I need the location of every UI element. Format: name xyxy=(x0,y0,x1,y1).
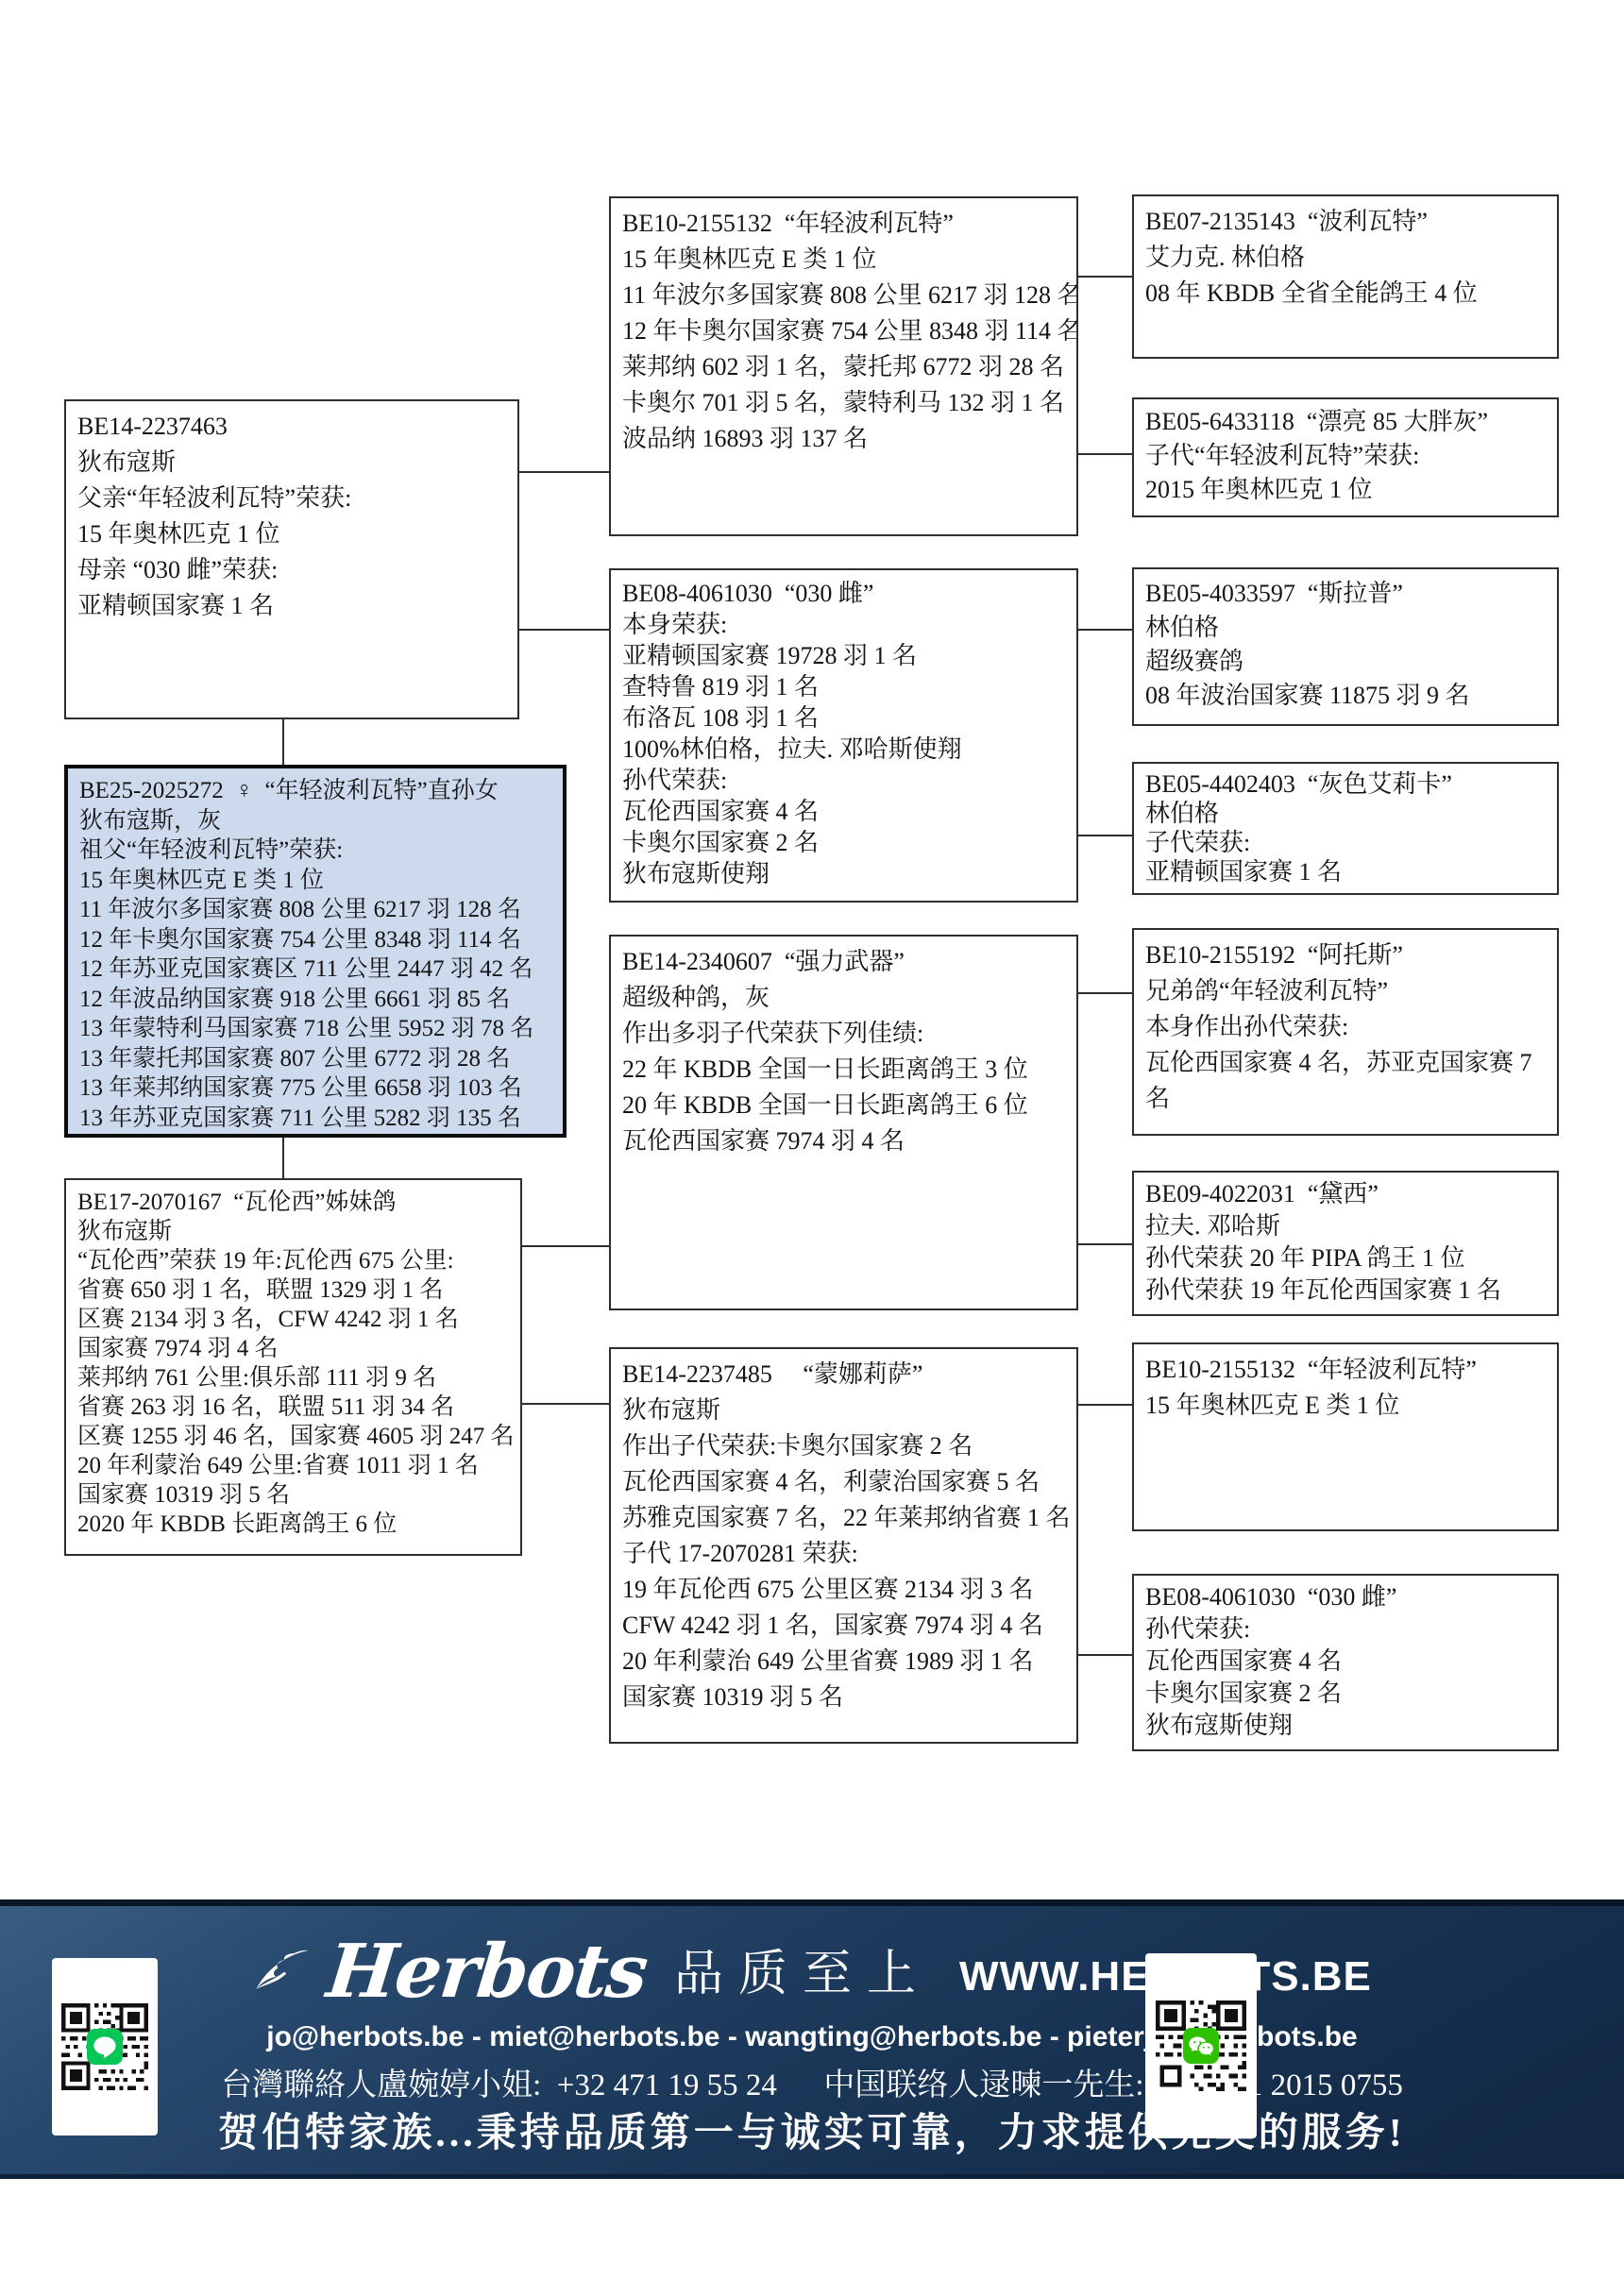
text-line: 13 年蒙托邦国家赛 807 公里 6772 羽 28 名 xyxy=(79,1044,551,1074)
text-line: 11 年波尔多国家赛 808 公里 6217 羽 128 名 xyxy=(622,278,1065,313)
text-line: 布洛瓦 108 羽 1 名 xyxy=(622,702,1065,734)
connector-mgm-to-ggp8 xyxy=(1078,1654,1132,1656)
text-line: 莱邦纳 602 羽 1 名，蒙托邦 6772 羽 28 名 xyxy=(622,349,1065,385)
connector-pgm-to-ggp4 xyxy=(1078,835,1132,836)
text-line: 15 年奥林匹克 E 类 1 位 xyxy=(79,866,551,896)
text-line: BE08-4061030 “030 雌” xyxy=(1145,1581,1546,1613)
pedigree-box-great-grandparent-3: BE05-4033597 “斯拉普”林伯格超级赛鸽08 年波治国家赛 11875… xyxy=(1132,567,1559,726)
text-line: 本身作出孙代荣获: xyxy=(1145,1009,1546,1045)
text-line: 祖父“年轻波利瓦特”荣获: xyxy=(79,836,551,866)
text-line: 作出子代荣获:卡奥尔国家赛 2 名 xyxy=(622,1428,1065,1464)
text-line: 瓦伦西国家赛 4 名，苏亚克国家赛 7 xyxy=(1145,1045,1546,1081)
text-line: 12 年波品纳国家赛 918 公里 6661 羽 85 名 xyxy=(79,985,551,1015)
wechat-qr-code xyxy=(1145,1953,1257,2138)
text-line: BE17-2070167 “瓦伦西”姊妹鸽 xyxy=(77,1188,509,1217)
text-line: 孙代荣获 19 年瓦伦西国家赛 1 名 xyxy=(1145,1275,1546,1307)
text-line: 子代荣获: xyxy=(1145,828,1546,857)
text-line: 卡奥尔国家赛 2 名 xyxy=(1145,1678,1546,1710)
text-line: BE10-2155192 “阿托斯” xyxy=(1145,937,1546,973)
text-line: 母亲 “030 雌”荣获: xyxy=(77,552,506,588)
text-line: 超级赛鸽 xyxy=(1145,645,1546,679)
text-line: “瓦伦西”荣获 19 年:瓦伦西 675 公里: xyxy=(77,1246,509,1275)
text-line: 名 xyxy=(1145,1081,1546,1117)
text-line: BE08-4061030 “030 雌” xyxy=(622,578,1065,609)
pedigree-box-maternal-grandmother: BE14-2237485 “蒙娜莉萨”狄布寇斯作出子代荣获:卡奥尔国家赛 2 名… xyxy=(609,1347,1078,1744)
text-line: 波品纳 16893 羽 137 名 xyxy=(622,421,1065,457)
text-line: 12 年卡奥尔国家赛 754 公里 8348 羽 114 名 xyxy=(622,313,1065,349)
connector-mgm-to-ggp7 xyxy=(1078,1404,1132,1406)
text-line: 国家赛 10319 羽 5 名 xyxy=(622,1680,1065,1715)
pedigree-box-great-grandparent-2: BE05-6433118 “漂亮 85 大胖灰”子代“年轻波利瓦特”荣获:201… xyxy=(1132,397,1559,517)
text-line: 亚精顿国家赛 19728 羽 1 名 xyxy=(622,640,1065,671)
brand-logo: Herbots xyxy=(324,1935,650,2009)
text-line: 林伯格 xyxy=(1145,611,1546,645)
text-line: 孙代荣获 20 年 PIPA 鸽王 1 位 xyxy=(1145,1242,1546,1275)
text-line: 父亲“年轻波利瓦特”荣获: xyxy=(77,481,506,516)
pedigree-box-paternal-grandmother: BE08-4061030 “030 雌”本身荣获:亚精顿国家赛 19728 羽 … xyxy=(609,568,1078,903)
text-line: 狄布寇斯 xyxy=(622,1393,1065,1428)
connector-father-to-pgf xyxy=(519,471,609,473)
pedigree-box-great-grandparent-7: BE10-2155132 “年轻波利瓦特”15 年奥林匹克 E 类 1 位 xyxy=(1132,1342,1559,1531)
text-line: 12 年苏亚克国家赛区 711 公里 2447 羽 42 名 xyxy=(79,954,551,985)
text-line: 卡奥尔国家赛 2 名 xyxy=(622,827,1065,858)
text-line: BE14-2237485 “蒙娜莉萨” xyxy=(622,1357,1065,1393)
text-line: 狄布寇斯 xyxy=(77,445,506,481)
text-line: 13 年蒙特利马国家赛 718 公里 5952 羽 78 名 xyxy=(79,1014,551,1044)
text-line: 国家赛 10319 羽 5 名 xyxy=(77,1480,509,1510)
text-line: 莱邦纳 761 公里:俱乐部 111 羽 9 名 xyxy=(77,1363,509,1393)
pedigree-box-great-grandparent-6: BE09-4022031 “黛西”拉夫. 邓哈斯孙代荣获 20 年 PIPA 鸽… xyxy=(1132,1171,1559,1316)
text-line: CFW 4242 羽 1 名，国家赛 7974 羽 4 名 xyxy=(622,1608,1065,1644)
text-line: 亚精顿国家赛 1 名 xyxy=(1145,857,1546,886)
connector-mother-to-mgm xyxy=(522,1403,609,1405)
text-line: BE10-2155132 “年轻波利瓦特” xyxy=(1145,1352,1546,1388)
pedigree-box-great-grandparent-8: BE08-4061030 “030 雌”孙代荣获:瓦伦西国家赛 4 名卡奥尔国家… xyxy=(1132,1574,1559,1751)
pedigree-box-great-grandparent-4: BE05-4402403 “灰色艾莉卡”林伯格子代荣获:亚精顿国家赛 1 名 xyxy=(1132,762,1559,895)
text-line: 艾力克. 林伯格 xyxy=(1145,240,1546,276)
text-line: 林伯格 xyxy=(1145,799,1546,828)
connector-subject-to-mother xyxy=(282,1138,284,1178)
text-line: 瓦伦西国家赛 4 名 xyxy=(1145,1646,1546,1678)
text-line: 苏雅克国家赛 7 名，22 年莱邦纳省赛 1 名 xyxy=(622,1500,1065,1536)
text-line: 省赛 650 羽 1 名，联盟 1329 羽 1 名 xyxy=(77,1275,509,1305)
text-line: 19 年瓦伦西 675 公里区赛 2134 羽 3 名 xyxy=(622,1572,1065,1608)
text-line: BE25-2025272 ♀ “年轻波利瓦特”直孙女 xyxy=(79,776,551,806)
text-line: BE07-2135143 “波利瓦特” xyxy=(1145,204,1546,240)
pedigree-box-father: BE14-2237463狄布寇斯父亲“年轻波利瓦特”荣获:15 年奥林匹克 1 … xyxy=(64,399,519,719)
text-line: 11 年波尔多国家赛 808 公里 6217 羽 128 名 xyxy=(79,895,551,925)
text-line: BE09-4022031 “黛西” xyxy=(1145,1178,1546,1210)
footer-emails: jo@herbots.be - miet@herbots.be - wangti… xyxy=(0,2021,1624,2053)
connector-pgf-to-ggp2 xyxy=(1078,453,1132,455)
connector-pgf-to-ggp1 xyxy=(1078,276,1132,278)
text-line: BE14-2340607 “强力武器” xyxy=(622,944,1065,980)
text-line: 作出多羽子代荣获下列佳绩: xyxy=(622,1016,1065,1052)
wechat-icon xyxy=(1183,2028,1219,2064)
text-line: 20 年利蒙治 649 公里:省赛 1011 羽 1 名 xyxy=(77,1451,509,1480)
connector-mgf-to-ggp6 xyxy=(1078,1243,1132,1245)
connector-father-to-subject xyxy=(282,719,284,765)
brand-row: Herbots 品质至上 WWW.HERBOTS.BE xyxy=(0,1921,1624,2023)
connector-pgm-to-ggp3 xyxy=(1078,629,1132,631)
feather-icon xyxy=(249,1948,315,1997)
text-line: 本身荣获: xyxy=(622,609,1065,640)
text-line: 15 年奥林匹克 1 位 xyxy=(77,516,506,552)
text-line: 22 年 KBDB 全国一日长距离鸽王 3 位 xyxy=(622,1052,1065,1088)
text-line: 狄布寇斯 xyxy=(77,1217,509,1246)
text-line: 卡奥尔 701 羽 5 名，蒙特利马 132 羽 1 名 xyxy=(622,385,1065,421)
brand-tagline: 品质至上 xyxy=(674,1945,931,2000)
pedigree-box-subject: BE25-2025272 ♀ “年轻波利瓦特”直孙女狄布寇斯，灰祖父“年轻波利瓦… xyxy=(64,765,567,1138)
text-line: 12 年卡奥尔国家赛 754 公里 8348 羽 114 名 xyxy=(79,925,551,955)
connector-mgf-to-ggp5 xyxy=(1078,992,1132,994)
text-line: 狄布寇斯使翔 xyxy=(622,858,1065,889)
text-line: 15 年奥林匹克 E 类 1 位 xyxy=(622,242,1065,278)
text-line: 超级种鸽，灰 xyxy=(622,980,1065,1016)
text-line: 13 年苏亚克国家赛 711 公里 5282 羽 135 名 xyxy=(79,1104,551,1134)
text-line: BE10-2155132 “年轻波利瓦特” xyxy=(622,206,1065,242)
text-line: 拉夫. 邓哈斯 xyxy=(1145,1210,1546,1242)
pedigree-box-maternal-grandfather: BE14-2340607 “强力武器”超级种鸽，灰作出多羽子代荣获下列佳绩:22… xyxy=(609,935,1078,1310)
text-line: 区赛 1255 羽 46 名，国家赛 4605 羽 247 名 xyxy=(77,1422,509,1451)
text-line: 08 年 KBDB 全省全能鸽王 4 位 xyxy=(1145,276,1546,312)
text-line: BE05-4402403 “灰色艾莉卡” xyxy=(1145,769,1546,799)
text-line: 子代 17-2070281 荣获: xyxy=(622,1536,1065,1572)
text-line: BE14-2237463 xyxy=(77,409,506,445)
pedigree-box-paternal-grandfather: BE10-2155132 “年轻波利瓦特”15 年奥林匹克 E 类 1 位11 … xyxy=(609,196,1078,536)
text-line: 查特鲁 819 羽 1 名 xyxy=(622,671,1065,702)
text-line: 20 年 KBDB 全国一日长距离鸽王 6 位 xyxy=(622,1088,1065,1123)
text-line: 子代“年轻波利瓦特”荣获: xyxy=(1145,439,1546,473)
text-line: 2020 年 KBDB 长距离鸽王 6 位 xyxy=(77,1510,509,1539)
pedigree-box-great-grandparent-5: BE10-2155192 “阿托斯”兄弟鸽“年轻波利瓦特”本身作出孙代荣获:瓦伦… xyxy=(1132,928,1559,1136)
text-line: 狄布寇斯，灰 xyxy=(79,806,551,836)
text-line: 100%林伯格，拉夫. 邓哈斯使翔 xyxy=(622,734,1065,765)
text-line: 亚精顿国家赛 1 名 xyxy=(77,588,506,624)
pedigree-page: BE14-2237463狄布寇斯父亲“年轻波利瓦特”荣获:15 年奥林匹克 1 … xyxy=(0,0,1624,2296)
text-line: 狄布寇斯使翔 xyxy=(1145,1710,1546,1742)
pedigree-box-great-grandparent-1: BE07-2135143 “波利瓦特”艾力克. 林伯格08 年 KBDB 全省全… xyxy=(1132,194,1559,359)
text-line: 08 年波治国家赛 11875 羽 9 名 xyxy=(1145,679,1546,713)
text-line: BE05-4033597 “斯拉普” xyxy=(1145,577,1546,611)
footer-band: Herbots 品质至上 WWW.HERBOTS.BE jo@herbots.b… xyxy=(0,1899,1624,2179)
text-line: 国家赛 7974 羽 4 名 xyxy=(77,1334,509,1363)
text-line: 13 年莱邦纳国家赛 775 公里 6658 羽 103 名 xyxy=(79,1073,551,1104)
text-line: 2015 年奥林匹克 1 位 xyxy=(1145,473,1546,507)
footer-contacts: 台灣聯絡人盧婉婷小姐: +32 471 19 55 24 中国联络人逯暕一先生:… xyxy=(0,2060,1624,2104)
text-line: 瓦伦西国家赛 7974 羽 4 名 xyxy=(622,1123,1065,1159)
text-line: 孙代荣获: xyxy=(622,765,1065,796)
text-line: 瓦伦西国家赛 4 名，利蒙治国家赛 5 名 xyxy=(622,1464,1065,1500)
connector-father-to-pgm xyxy=(519,629,609,631)
pedigree-box-mother: BE17-2070167 “瓦伦西”姊妹鸽狄布寇斯“瓦伦西”荣获 19 年:瓦伦… xyxy=(64,1178,522,1556)
text-line: 20 年利蒙治 649 公里省赛 1989 羽 1 名 xyxy=(622,1644,1065,1680)
text-line: 瓦伦西国家赛 4 名 xyxy=(622,796,1065,827)
text-line: 兄弟鸽“年轻波利瓦特” xyxy=(1145,973,1546,1009)
connector-mother-to-mgf xyxy=(522,1245,609,1247)
qr-pattern xyxy=(1156,2001,1246,2091)
footer-slogan: 贺伯特家族...秉持品质第一与诚实可靠，力求提供完美的服务! xyxy=(0,2102,1624,2158)
text-line: 孙代荣获: xyxy=(1145,1613,1546,1646)
text-line: 区赛 2134 羽 3 名，CFW 4242 羽 1 名 xyxy=(77,1305,509,1334)
text-line: 15 年奥林匹克 E 类 1 位 xyxy=(1145,1388,1546,1424)
text-line: 省赛 263 羽 16 名，联盟 511 羽 34 名 xyxy=(77,1393,509,1422)
text-line: BE05-6433118 “漂亮 85 大胖灰” xyxy=(1145,405,1546,439)
